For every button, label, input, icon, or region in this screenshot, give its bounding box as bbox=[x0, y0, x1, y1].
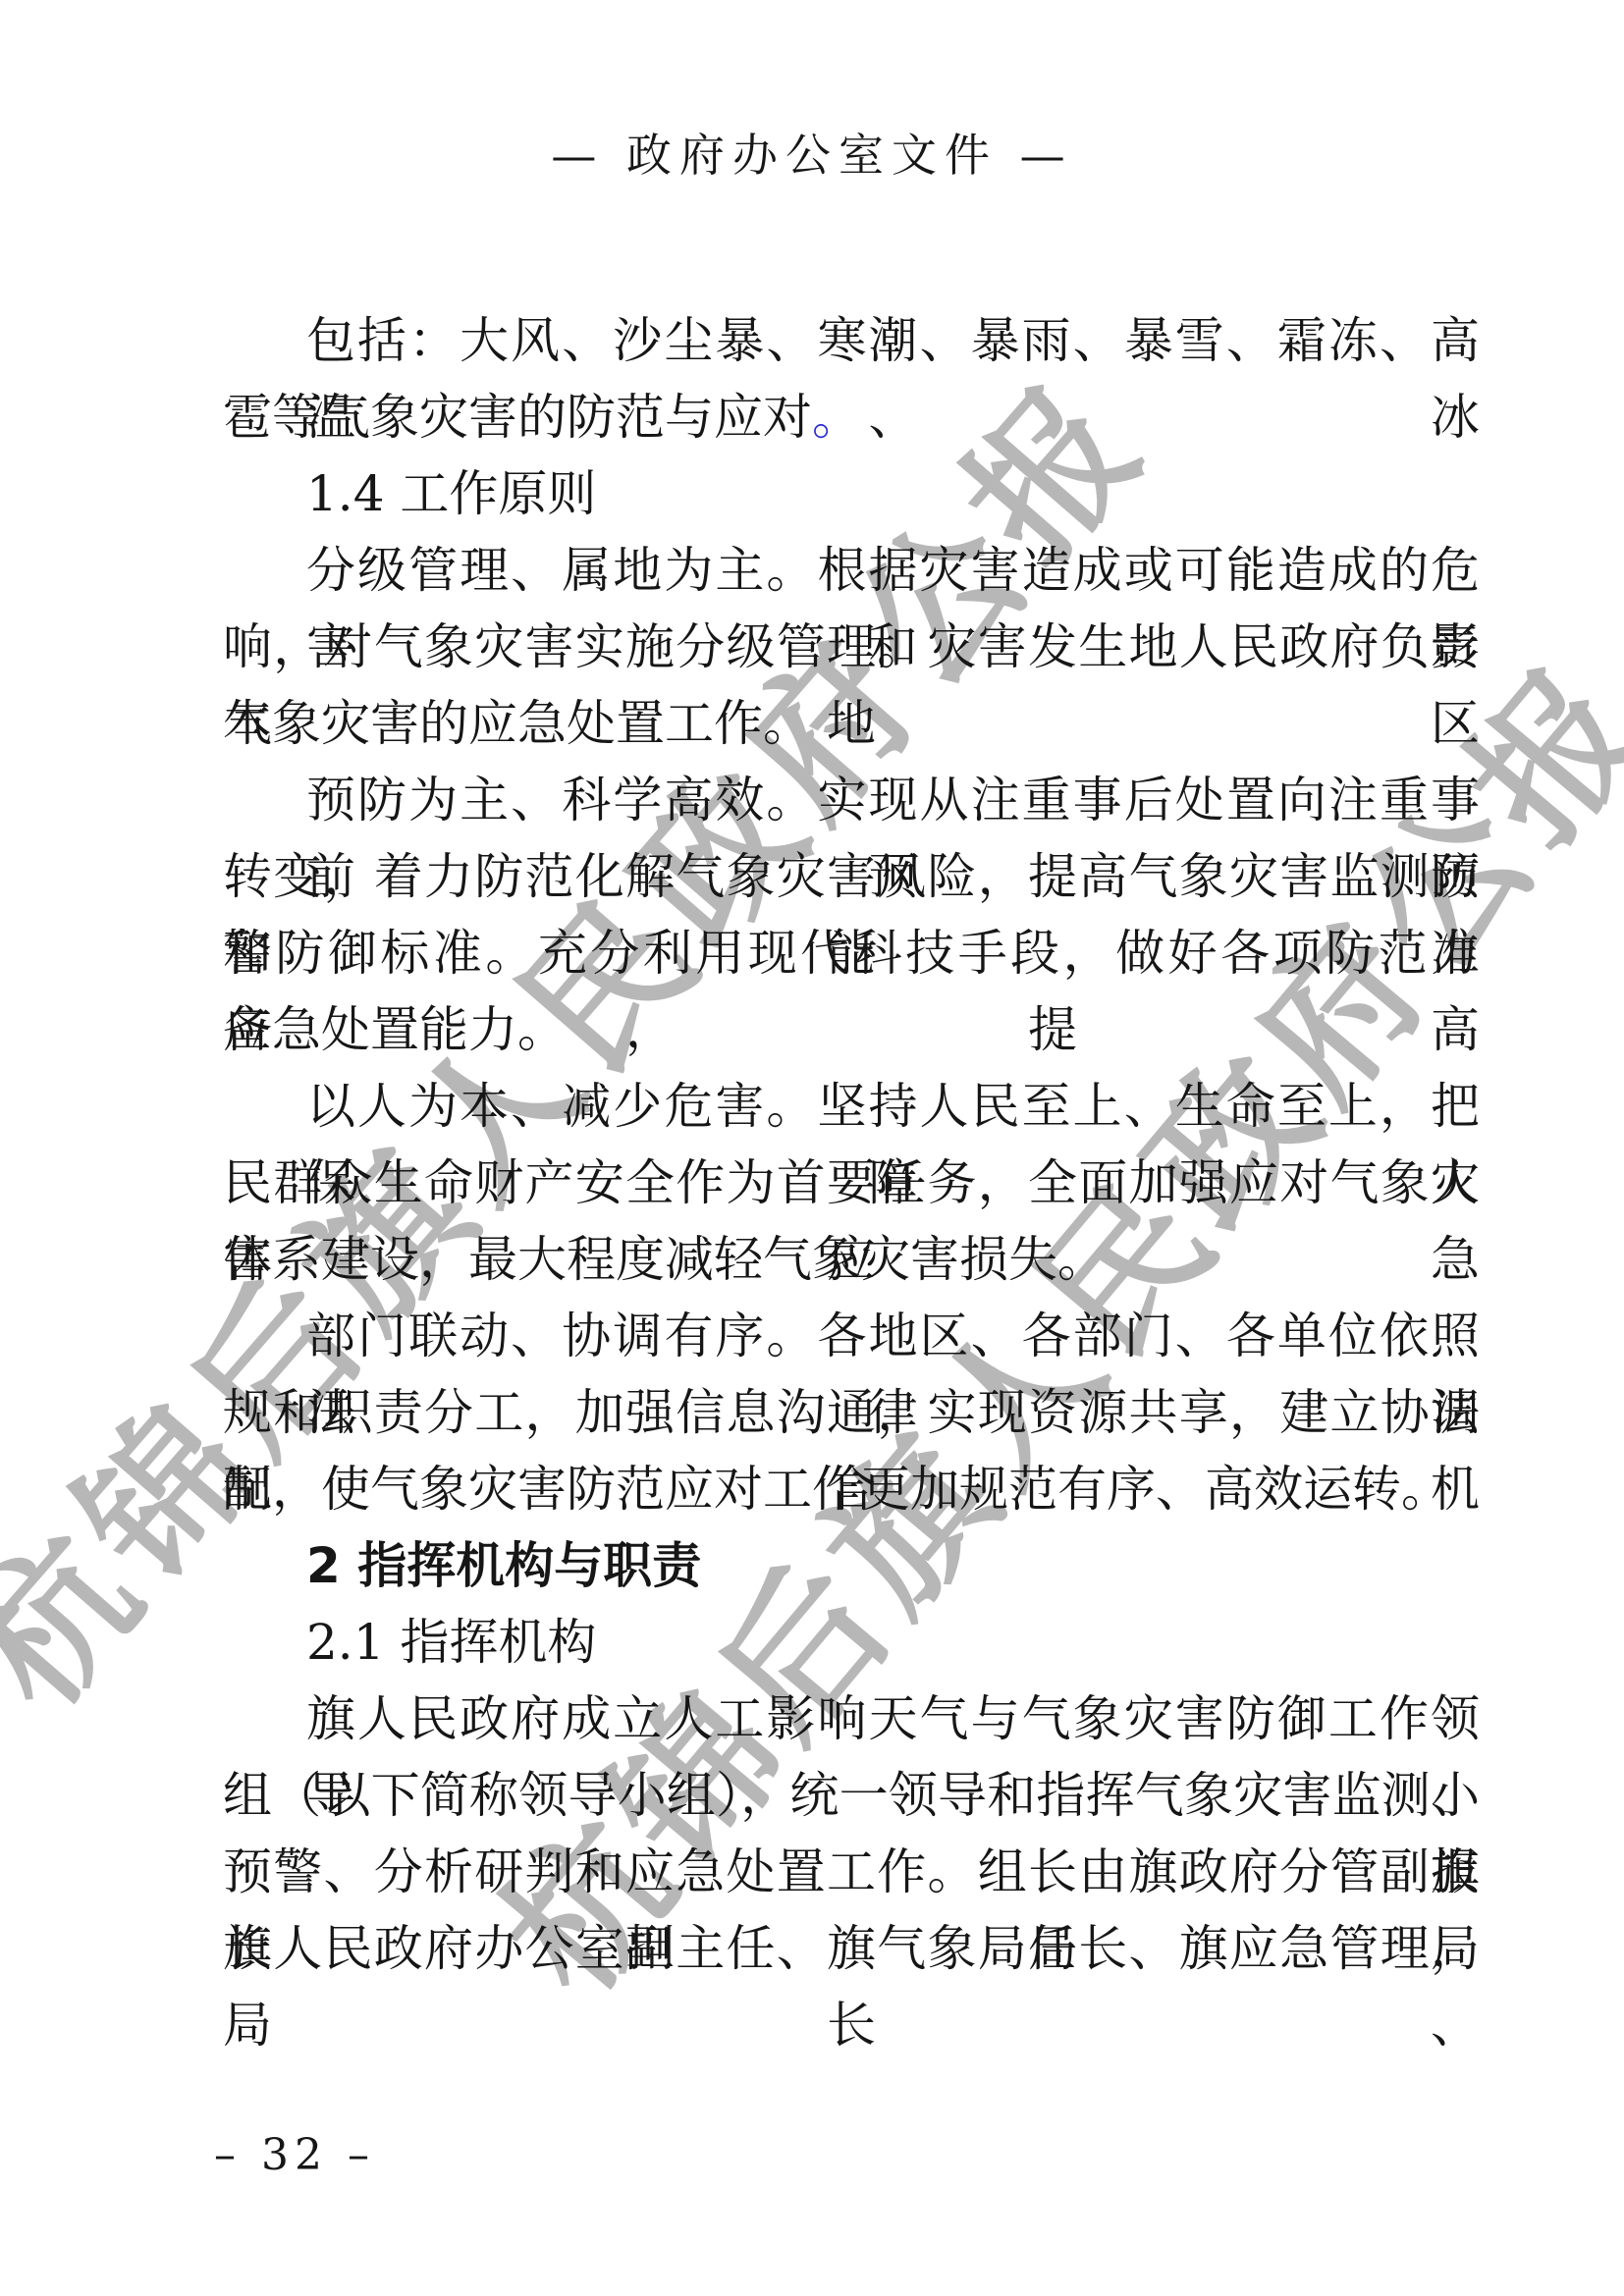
text-line: 组（以下简称领导小组），统一领导和指挥气象灾害监测、预报 bbox=[223, 1757, 1480, 1834]
text-line: 部门联动、协调有序。各地区、各部门、各单位依照法律法 bbox=[223, 1298, 1480, 1374]
document-page: { "page": { "width": 1654, "height": 233… bbox=[0, 0, 1624, 2296]
blue-period-punctuation: 。 bbox=[812, 389, 861, 446]
text-line: 旗人民政府办公室副主任、旗气象局局长、旗应急管理局局长、 bbox=[223, 1910, 1480, 1987]
text-line: 民群众生命财产安全作为首要任务，全面加强应对气象灾害应急 bbox=[223, 1145, 1480, 1221]
section-heading: 2 指挥机构与职责 bbox=[223, 1527, 1480, 1604]
text-line: 分级管理、属地为主。根据灾害造成或可能造成的危害和影 bbox=[223, 532, 1480, 609]
text-line: 2.1 指挥机构 bbox=[223, 1604, 1480, 1681]
page-header-title: — 政府办公室文件 — bbox=[0, 126, 1624, 185]
text-line: 和防御标准。充分利用现代科技手段，做好各项防范准备，提高 bbox=[223, 915, 1480, 991]
text-line: 以人为本、减少危害。坚持人民至上、生命至上，把保障人 bbox=[223, 1068, 1480, 1145]
text-line: 预警、分析研判和应急处置工作。组长由旗政府分管副旗长担任， bbox=[223, 1834, 1480, 1910]
text-line: 制，使气象灾害防范应对工作更加规范有序、高效运转。 bbox=[223, 1451, 1480, 1527]
text-line: 响，对气象灾害实施分级管理。灾害发生地人民政府负责本地区 bbox=[223, 609, 1480, 685]
page-number: – 32 – bbox=[214, 2128, 375, 2183]
text-line: 转变，着力防范化解气象灾害风险，提高气象灾害监测预警能力 bbox=[223, 838, 1480, 915]
text-line: 包括：大风、沙尘暴、寒潮、暴雨、暴雪、霜冻、高温、冰 bbox=[223, 302, 1480, 379]
text-line: 旗人民政府成立人工影响天气与气象灾害防御工作领导小 bbox=[223, 1681, 1480, 1757]
document-body-text: 包括：大风、沙尘暴、寒潮、暴雨、暴雪、霜冻、高温、冰雹等气象灾害的防范与应对。1… bbox=[223, 302, 1480, 1987]
text-line: 1.4 工作原则 bbox=[223, 455, 1480, 532]
text-line: 规和职责分工，加强信息沟通，实现资源共享，建立协调配合机 bbox=[223, 1374, 1480, 1451]
text-line: 预防为主、科学高效。实现从注重事后处置向注重事前预防 bbox=[223, 762, 1480, 838]
